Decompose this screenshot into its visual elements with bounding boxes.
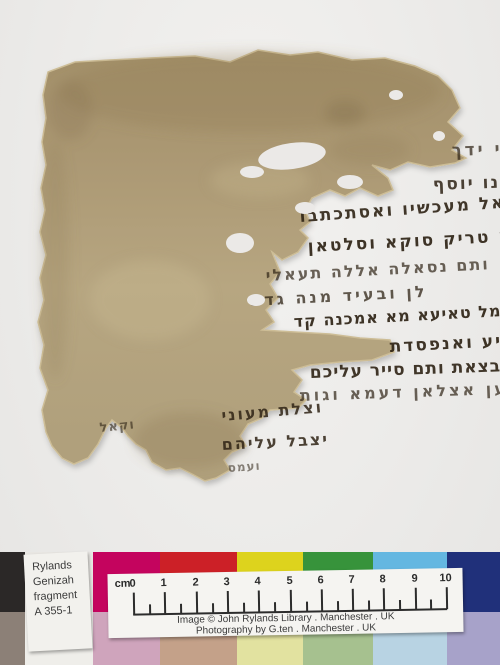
ruler-tick [164,592,166,614]
ruler-tick [352,589,354,611]
script-line: אלשיך אבו אלעלא בר צדוק ורבנו יוסף [432,162,500,195]
ruler-tick-label: 9 [411,573,417,585]
script-line: לם ולא זיד דלך מן גמיע ואנפסדת [389,320,500,357]
ruler-tick [321,589,323,611]
ruler-tick-label: 3 [223,576,229,588]
ruler-tick-label: 10 [439,572,451,584]
script-line: ומא להא טריק סוקא וסלטאן [307,223,500,257]
color-patch-black [0,552,25,612]
ruler-tick [133,593,135,615]
ruler-tick-label: 0 [129,578,135,590]
ruler-tick-label: 7 [348,574,354,586]
label-line-shelfmark: A 355-1 [34,602,91,620]
ruler-tick [227,591,229,613]
ruler-tick [446,587,448,609]
ruler-tick-label: 8 [379,573,385,585]
ruler-tick [258,590,260,612]
ruler-tick-label: 1 [160,577,166,589]
script-line: ועמס [227,459,261,475]
ruler-tick-label: 5 [286,575,292,587]
photograph: וכתב קד חצר עלינא עלי ידך אלשיך אבו אלעל… [0,0,500,665]
specimen-label: Rylands Genizah fragment A 355-1 [24,551,93,651]
ruler-tick [383,588,385,610]
ruler-tick [415,588,417,610]
ruler-tick [290,590,292,612]
script-line: ען אצלאן דעמא וגות [299,379,500,405]
color-patch-taupe [0,612,25,665]
script-line: ותם נסאלה אללה תעאלי [265,254,490,285]
ruler-tick-label: 6 [317,574,323,586]
ruler-tick [196,592,198,614]
ruler-unit-label: cm [115,578,131,590]
ruler-tick-label: 4 [254,575,260,587]
ruler-tick-label: 2 [192,577,198,589]
ruler-card: cm 0 1 2 3 4 5 6 7 8 9 10 Image © Joh [107,568,463,638]
